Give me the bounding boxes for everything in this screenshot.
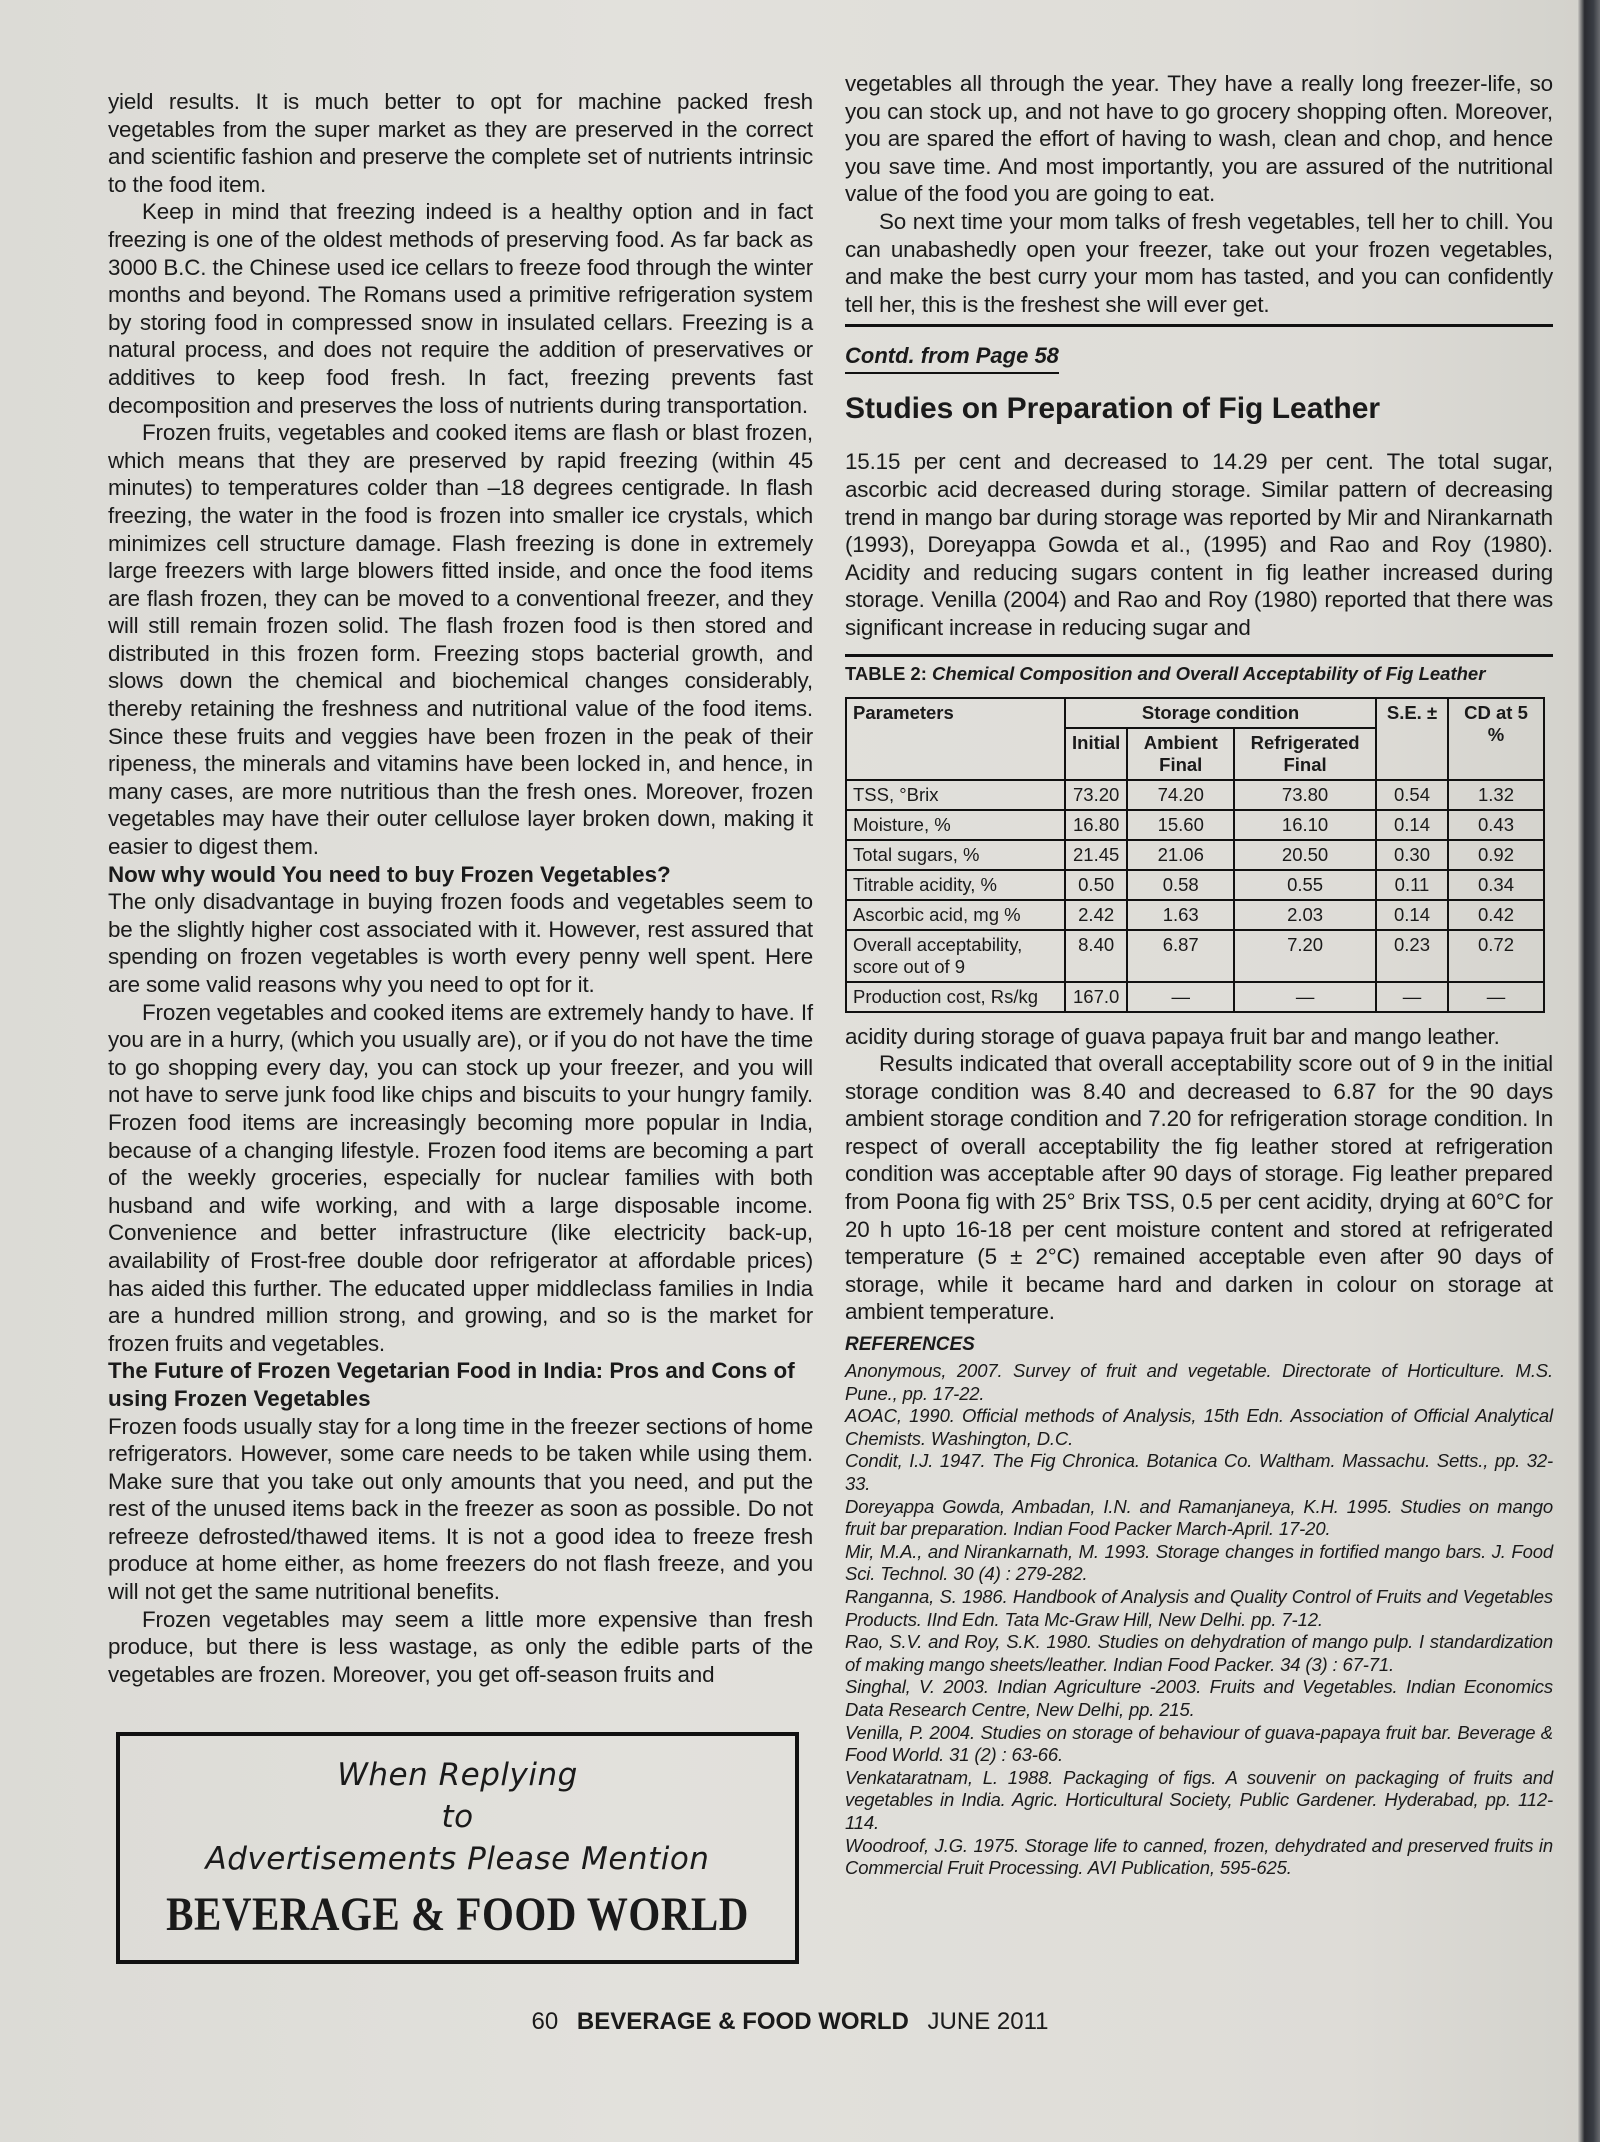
cell-parameter: Titrable acidity, % <box>846 870 1065 900</box>
body-paragraph: yield results. It is much better to opt … <box>108 88 813 198</box>
body-paragraph: 15.15 per cent and decreased to 14.29 pe… <box>845 448 1553 641</box>
cell-parameter: Moisture, % <box>846 810 1065 840</box>
cell-refrigerated: 73.80 <box>1234 780 1376 810</box>
cell-se: — <box>1376 982 1448 1012</box>
table-caption-label: TABLE 2: <box>845 663 927 684</box>
cell-se: 0.14 <box>1376 900 1448 930</box>
col-header-storage-condition: Storage condition <box>1065 698 1376 728</box>
publication-name: BEVERAGE & FOOD WORLD <box>577 2008 909 2035</box>
reference-entry: Venkataratnam, L. 1988. Packaging of fig… <box>845 1767 1553 1835</box>
section-divider <box>845 324 1553 327</box>
table-top-rule <box>845 654 1553 657</box>
table-caption: TABLE 2: Chemical Composition and Overal… <box>845 663 1553 685</box>
cell-refrigerated: 0.55 <box>1234 870 1376 900</box>
reference-entry: Woodroof, J.G. 1975. Storage life to can… <box>845 1835 1553 1880</box>
cell-ambient: 0.58 <box>1127 870 1234 900</box>
table-row: Total sugars, % 21.45 21.06 20.50 0.30 0… <box>846 840 1544 870</box>
section-heading: The Future of Frozen Vegetarian Food in … <box>108 1357 813 1412</box>
reference-entry: Singhal, V. 2003. Indian Agriculture -20… <box>845 1676 1553 1721</box>
col-header-refrigerated-final: Refrigerated Final <box>1234 728 1376 780</box>
article-title: Studies on Preparation of Fig Leather <box>845 392 1553 426</box>
cell-se: 0.54 <box>1376 780 1448 810</box>
page-number: 60 <box>531 2008 558 2035</box>
cell-parameter: TSS, °Brix <box>846 780 1065 810</box>
col-header-se: S.E. ± <box>1376 698 1448 780</box>
cell-refrigerated: — <box>1234 982 1376 1012</box>
right-column: vegetables all through the year. They ha… <box>845 70 1553 1880</box>
cell-initial: 73.20 <box>1065 780 1127 810</box>
cell-cd: 0.42 <box>1448 900 1544 930</box>
section-heading: Now why would You need to buy Frozen Veg… <box>108 861 813 889</box>
cell-cd: 0.72 <box>1448 930 1544 982</box>
col-header-parameters: Parameters <box>846 698 1065 780</box>
composition-table: Parameters Storage condition S.E. ± CD a… <box>845 697 1545 1013</box>
table-row: Moisture, % 16.80 15.60 16.10 0.14 0.43 <box>846 810 1544 840</box>
cell-refrigerated: 16.10 <box>1234 810 1376 840</box>
issue-date: JUNE 2011 <box>928 2008 1049 2035</box>
cell-se: 0.30 <box>1376 840 1448 870</box>
cell-se: 0.11 <box>1376 870 1448 900</box>
table-caption-title: Chemical Composition and Overall Accepta… <box>932 663 1485 684</box>
magazine-page: yield results. It is much better to opt … <box>0 0 1580 2142</box>
continued-from-label: Contd. from Page 58 <box>845 343 1059 374</box>
advertisement-notice-box: When Replying to Advertisements Please M… <box>116 1732 799 1964</box>
body-paragraph: So next time your mom talks of fresh veg… <box>845 208 1553 318</box>
cell-ambient: 21.06 <box>1127 840 1234 870</box>
cell-initial: 21.45 <box>1065 840 1127 870</box>
body-paragraph: Frozen fruits, vegetables and cooked ite… <box>108 419 813 861</box>
references-heading: REFERENCES <box>845 1334 1553 1356</box>
cell-se: 0.14 <box>1376 810 1448 840</box>
cell-cd: 0.34 <box>1448 870 1544 900</box>
table-row: Overall acceptability, score out of 9 8.… <box>846 930 1544 982</box>
body-paragraph: Frozen vegetables and cooked items are e… <box>108 999 813 1358</box>
cell-cd: 1.32 <box>1448 780 1544 810</box>
body-paragraph: Frozen vegetables may seem a little more… <box>108 1606 813 1689</box>
body-paragraph: Frozen foods usually stay for a long tim… <box>108 1413 813 1606</box>
cell-initial: 8.40 <box>1065 930 1127 982</box>
cell-cd: 0.92 <box>1448 840 1544 870</box>
reference-entry: Mir, M.A., and Nirankarnath, M. 1993. St… <box>845 1541 1553 1586</box>
body-paragraph: Keep in mind that freezing indeed is a h… <box>108 198 813 419</box>
reference-entry: Doreyappa Gowda, Ambadan, I.N. and Raman… <box>845 1496 1553 1541</box>
body-paragraph: vegetables all through the year. They ha… <box>845 70 1553 208</box>
cell-ambient: 6.87 <box>1127 930 1234 982</box>
reference-entry: AOAC, 1990. Official methods of Analysis… <box>845 1405 1553 1450</box>
table-row: Production cost, Rs/kg 167.0 — — — — <box>846 982 1544 1012</box>
cell-refrigerated: 7.20 <box>1234 930 1376 982</box>
cell-ambient: 74.20 <box>1127 780 1234 810</box>
cell-initial: 2.42 <box>1065 900 1127 930</box>
body-paragraph: acidity during storage of guava papaya f… <box>845 1023 1553 1051</box>
body-paragraph: The only disadvantage in buying frozen f… <box>108 888 813 998</box>
table-row: TSS, °Brix 73.20 74.20 73.80 0.54 1.32 <box>846 780 1544 810</box>
cell-initial: 167.0 <box>1065 982 1127 1012</box>
reference-entry: Rao, S.V. and Roy, S.K. 1980. Studies on… <box>845 1631 1553 1676</box>
cell-cd: — <box>1448 982 1544 1012</box>
reference-entry: Anonymous, 2007. Survey of fruit and veg… <box>845 1360 1553 1405</box>
cell-parameter: Production cost, Rs/kg <box>846 982 1065 1012</box>
col-header-ambient-final: Ambient Final <box>1127 728 1234 780</box>
body-paragraph: Results indicated that overall acceptabi… <box>845 1050 1553 1326</box>
reference-entry: Condit, I.J. 1947. The Fig Chronica. Bot… <box>845 1450 1553 1495</box>
cell-initial: 0.50 <box>1065 870 1127 900</box>
ad-line: When Replying <box>120 1754 795 1796</box>
cell-ambient: 1.63 <box>1127 900 1234 930</box>
reference-entry: Ranganna, S. 1986. Handbook of Analysis … <box>845 1586 1553 1631</box>
cell-parameter: Total sugars, % <box>846 840 1065 870</box>
cell-ambient: 15.60 <box>1127 810 1234 840</box>
reference-entry: Venilla, P. 2004. Studies on storage of … <box>845 1722 1553 1767</box>
page-footer: 60 BEVERAGE & FOOD WORLD JUNE 2011 <box>0 2008 1580 2036</box>
cell-se: 0.23 <box>1376 930 1448 982</box>
ad-brand-name: BEVERAGE & FOOD WORLD <box>120 1886 795 1941</box>
col-header-initial: Initial <box>1065 728 1127 780</box>
cell-refrigerated: 2.03 <box>1234 900 1376 930</box>
cell-initial: 16.80 <box>1065 810 1127 840</box>
table-row: Titrable acidity, % 0.50 0.58 0.55 0.11 … <box>846 870 1544 900</box>
cell-refrigerated: 20.50 <box>1234 840 1376 870</box>
cell-cd: 0.43 <box>1448 810 1544 840</box>
cell-parameter: Ascorbic acid, mg % <box>846 900 1065 930</box>
left-column: yield results. It is much better to opt … <box>108 88 813 1688</box>
cell-ambient: — <box>1127 982 1234 1012</box>
table-row: Ascorbic acid, mg % 2.42 1.63 2.03 0.14 … <box>846 900 1544 930</box>
ad-line: Advertisements Please Mention <box>120 1838 795 1880</box>
col-header-cd: CD at 5 % <box>1448 698 1544 780</box>
ad-line: to <box>120 1796 795 1838</box>
page-binding-edge <box>1578 0 1600 2142</box>
cell-parameter: Overall acceptability, score out of 9 <box>846 930 1065 982</box>
